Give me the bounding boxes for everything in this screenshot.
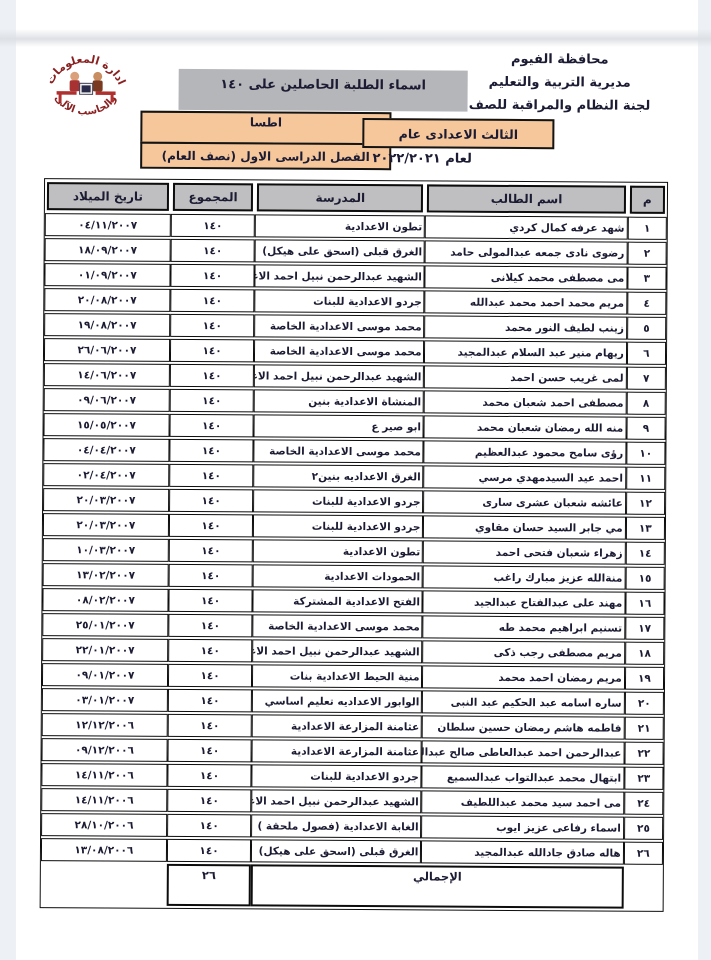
student-name-cell: منةالله عزيز مبارك راغب	[423, 565, 625, 589]
school-name-cell: جردو الاعدادية للبنات	[252, 764, 422, 788]
student-name-cell: زهراء شعبان فتحى احمد	[423, 540, 625, 564]
school-name-cell: محمد موسى الاعدادية الخاصة	[254, 314, 424, 338]
total-score-cell: ١٤٠	[170, 289, 255, 313]
table-row: ٧ لمى غريب حسن احمد الشهيد عبدالرحمن نبي…	[44, 363, 666, 390]
footer-empty-number-cell	[623, 867, 663, 909]
scanned-document-page: { "page": { "logo": { "top_text": "ادارة…	[0, 0, 711, 960]
school-name-cell: الغرق الاعداديه بنين٢	[254, 464, 424, 488]
birthdate-cell: ٠١/٠٩/٢٠٠٧	[44, 263, 170, 287]
governorate-line: محافظة الفيوم	[453, 48, 667, 72]
row-number-cell: ٢٤	[624, 792, 663, 815]
student-name-cell: مى احمد سيد محمد عبداللطيف	[422, 790, 624, 814]
total-score-cell: ١٤٠	[167, 714, 252, 738]
row-number-cell: ٢٢	[624, 742, 663, 765]
school-name-cell: تطون الاعدادية	[253, 539, 423, 563]
row-number-cell: ١٣	[626, 517, 665, 540]
header-cell-birthdate: تاريخ الميلاد	[45, 181, 171, 212]
table-row: ٢٤ مى احمد سيد محمد عبداللطيف الشهيد عبد…	[41, 788, 663, 815]
table-row: ١٠ رؤى سامح محمود عبدالعظيم محمد موسى ال…	[43, 438, 665, 465]
student-name-cell: رؤى سامح محمود عبدالعظيم	[424, 440, 626, 464]
students-table-footer: الإجمالي ٢٦	[41, 863, 663, 909]
total-score-cell: ١٤٠	[169, 439, 254, 463]
table-row: ٢٦ هاله صادق جادالله عبدالمجيد الغرق قبل…	[41, 838, 663, 865]
birthdate-cell: ٢٠/٠٣/٢٠٠٧	[43, 488, 169, 512]
total-score-cell: ١٤٠	[169, 414, 254, 438]
birthdate-cell: ١٣/٠٢/٢٠٠٧	[43, 563, 169, 587]
academic-year: لعام ٢٠٢٢/٢٠٢١	[358, 151, 486, 174]
student-name-cell: عبدالرحمن احمد عبدالعاطى صالح عبدالعاطى	[422, 740, 624, 764]
footer-total-count: ٢٦	[166, 864, 251, 907]
birthdate-cell: ١٨/٠٩/٢٠٠٧	[45, 238, 171, 262]
table-row: ٢٥ اسماء رفاعى عزيز ايوب الغابة الاعدادي…	[41, 813, 663, 840]
student-name-cell: منه الله رمضان شعبان محمد	[424, 415, 626, 439]
committee-line: لجنة النظام والمراقبة للصف	[452, 94, 666, 118]
student-name-cell: ساره اسامه عبد الحكيم عبد النبى	[422, 690, 624, 714]
total-score-cell: ١٤٠	[169, 489, 254, 513]
student-name-cell: ريهام منير عبد السلام عبدالمجيد	[424, 340, 626, 364]
total-score-cell: ١٤٠	[169, 514, 254, 538]
grade-label: الثالث الاعدادى عام	[399, 126, 518, 142]
birthdate-cell: ٠٤/٠٤/٢٠٠٧	[43, 438, 169, 462]
svg-text:والحاسب الآلى: والحاسب الآلى	[52, 93, 119, 118]
student-name-cell: رضوى نادى جمعه عبدالمولى حامد	[425, 240, 627, 264]
school-name-cell: منية الحيط الاعدادية بنات	[252, 664, 422, 688]
birthdate-cell: ٢٢/٠١/٢٠٠٧	[42, 638, 168, 662]
table-row: ٤ مريم محمد احمد محمد عبدالله جردو الاعد…	[44, 288, 666, 315]
total-score-cell: ١٤٠	[167, 764, 252, 788]
semester-box: الفصل الدراسى الاول (نصف العام)	[140, 142, 391, 171]
row-number-cell: ٣	[627, 267, 666, 290]
students-table: م اسم الطالب المدرسة المجموع تاريخ الميل…	[40, 178, 668, 912]
total-score-cell: ١٤٠	[167, 789, 252, 813]
row-number-cell: ٢٠	[625, 692, 664, 715]
birthdate-cell: ٢٦/٠٦/٢٠٠٧	[44, 338, 170, 362]
birthdate-cell: ٢٠/٠٣/٢٠٠٧	[43, 513, 169, 537]
row-number-cell: ٢١	[624, 717, 663, 740]
students-table-body: ١ شهد عرفه كمال كردي تطون الاعدادية ١٤٠ …	[41, 213, 667, 865]
logo-top-text: ادارة المعلومات	[43, 52, 128, 86]
student-name-cell: مصطفى احمد شعبان محمد	[424, 390, 626, 414]
row-number-cell: ١٩	[625, 667, 664, 690]
student-name-cell: مى مصطفى محمد كيلانى	[425, 265, 627, 289]
student-name-cell: مريم رمضان احمد محمد	[422, 665, 624, 689]
information-administration-logo: ادارة المعلومات والحاسب الآلى	[40, 38, 131, 135]
table-row: ٩ منه الله رمضان شعبان محمد ابو صير ع ١٤…	[44, 413, 666, 440]
total-score-cell: ١٤٠	[168, 564, 253, 588]
document-content: ادارة المعلومات والحاسب الآلى محافظة الف…	[0, 0, 711, 960]
table-row: ٢١ فاطمه هاشم رمضان حسين سلطان عثامنة ال…	[42, 713, 664, 740]
school-name-cell: محمد موسى الاعدادية الخاصة	[254, 439, 424, 463]
total-score-cell: ١٤٠	[169, 389, 254, 413]
table-row: ٢٣ ابتهال محمد عبدالتواب عبدالسميع جردو …	[41, 763, 663, 790]
school-name-cell: محمد موسى الاعدادية الخاصة	[253, 614, 423, 638]
total-score-cell: ١٤٠	[167, 814, 252, 838]
svg-text:ادارة المعلومات: ادارة المعلومات	[43, 52, 128, 86]
school-name-cell: المنشاة الاعدادية بنين	[254, 389, 424, 413]
table-row: ١٣ مي جابر السيد حسان مقاوي جردو الاعداد…	[43, 513, 665, 540]
table-row: ٦ ريهام منير عبد السلام عبدالمجيد محمد م…	[44, 338, 666, 365]
row-number-cell: ١٢	[626, 492, 665, 515]
table-row: ٥ زينب لطيف النور محمد محمد موسى الاعداد…	[44, 313, 666, 340]
table-row: ١٤ زهراء شعبان فتحى احمد تطون الاعدادية …	[43, 538, 665, 565]
table-row: ٢٢ عبدالرحمن احمد عبدالعاطى صالح عبدالعا…	[42, 738, 664, 765]
school-name-cell: عثامنة المزارعة الاعدادية	[252, 739, 422, 763]
row-number-cell: ١٤	[625, 542, 664, 565]
table-row: ٢ رضوى نادى جمعه عبدالمولى حامد الغرق قب…	[45, 238, 667, 265]
total-score-cell: ١٤٠	[170, 264, 255, 288]
row-number-cell: ٩	[626, 417, 665, 440]
row-number-cell: ٧	[627, 367, 666, 390]
student-name-cell: لمى غريب حسن احمد	[424, 365, 626, 389]
student-name-cell: مريم محمد احمد محمد عبدالله	[425, 290, 627, 314]
authority-header: محافظة الفيوم مديرية التربية والتعليم لج…	[452, 48, 666, 118]
table-row: ١٨ مريم مصطفى رجب ذكى الشهيد عبدالرحمن ن…	[42, 638, 664, 665]
row-number-cell: ٢٥	[624, 817, 663, 840]
student-name-cell: تسنيم ابراهيم محمد طه	[423, 615, 625, 639]
student-name-cell: عائشه شعبان عشرى سارى	[423, 490, 625, 514]
school-name-cell: الغرق قبلى (اسحق على هيكل)	[255, 239, 425, 263]
row-number-cell: ١٨	[625, 642, 664, 665]
row-number-cell: ١٥	[625, 567, 664, 590]
logo-emblem-icon: ادارة المعلومات والحاسب الآلى	[40, 38, 131, 135]
birthdate-cell: ١٩/٠٨/٢٠٠٧	[44, 313, 170, 337]
header-cell-school: المدرسة	[255, 182, 425, 213]
school-name-cell: الشهيد عبدالرحمن نبيل احمد الاعدادية	[255, 264, 425, 288]
school-name-cell: جردو الاعدادية للبنات	[255, 289, 425, 313]
total-score-cell: ١٤٠	[170, 239, 255, 263]
birthdate-cell: ١٠/٠٣/٢٠٠٧	[43, 538, 169, 562]
birthdate-cell: ١٤/١١/٢٠٠٦	[41, 763, 167, 787]
student-name-cell: ابتهال محمد عبدالتواب عبدالسميع	[422, 765, 624, 789]
total-score-cell: ١٤٠	[168, 639, 253, 663]
birthdate-cell: ٠٩/٠١/٢٠٠٧	[42, 663, 168, 687]
school-name-cell: تطون الاعدادية	[255, 214, 425, 238]
birthdate-cell: ١٢/١٢/٢٠٠٦	[42, 713, 168, 737]
birthdate-cell: ٠٢/٠٤/٢٠٠٧	[43, 463, 169, 487]
students-table-wrap: م اسم الطالب المدرسة المجموع تاريخ الميل…	[40, 178, 668, 912]
total-score-cell: ١٤٠	[167, 839, 252, 863]
district-name: اطسا	[250, 115, 282, 129]
semester-label: الفصل الدراسى الاول (نصف العام)	[162, 148, 370, 163]
scan-fold-line	[0, 29, 711, 47]
table-row: ٨ مصطفى احمد شعبان محمد المنشاة الاعدادي…	[44, 388, 666, 415]
report-title: اسماء الطلبة الحاصلين على ١٤٠	[220, 77, 426, 93]
total-score-cell: ١٤٠	[170, 314, 255, 338]
row-number-cell: ١٧	[625, 617, 664, 640]
total-score-cell: ١٤٠	[168, 664, 253, 688]
row-number-cell: ١٦	[625, 592, 664, 615]
student-name-cell: مهند على عبدالفتاح عبدالجيد	[423, 590, 625, 614]
school-name-cell: الغابة الاعدادية (فصول ملحقة )	[251, 814, 421, 838]
district-box: اطسا	[140, 111, 391, 146]
students-table-header: م اسم الطالب المدرسة المجموع تاريخ الميل…	[45, 181, 667, 215]
header-cell-number: م	[628, 185, 667, 215]
grade-box: الثالث الاعدادى عام	[362, 118, 554, 149]
directorate-line: مديرية التربية والتعليم	[453, 71, 667, 95]
school-name-cell: جردو الاعدادية للبنات	[253, 514, 423, 538]
table-row: ١٩ مريم رمضان احمد محمد منية الحيط الاعد…	[42, 663, 664, 690]
row-number-cell: ٨	[626, 392, 665, 415]
birthdate-cell: ١٣/٠٨/٢٠٠٦	[41, 838, 167, 862]
logo-bottom-text: والحاسب الآلى	[52, 93, 119, 118]
total-score-cell: ١٤٠	[169, 464, 254, 488]
row-number-cell: ٤	[627, 292, 666, 315]
table-row: ١٥ منةالله عزيز مبارك راغب الحمودات الاع…	[43, 563, 665, 590]
birthdate-cell: ٠٣/٠١/٢٠٠٧	[42, 688, 168, 712]
total-score-cell: ١٤٠	[170, 364, 255, 388]
total-score-cell: ١٤٠	[169, 539, 254, 563]
row-number-cell: ٢٣	[624, 767, 663, 790]
row-number-cell: ١	[627, 217, 666, 240]
school-name-cell: ابو صير ع	[254, 414, 424, 438]
row-number-cell: ٢	[627, 242, 666, 265]
footer-total-label: الإجمالي	[251, 864, 624, 908]
student-name-cell: مريم مصطفى رجب ذكى	[423, 640, 625, 664]
report-title-box: اسماء الطلبة الحاصلين على ١٤٠	[178, 69, 467, 112]
total-score-cell: ١٤٠	[167, 739, 252, 763]
row-number-cell: ٥	[627, 317, 666, 340]
birthdate-cell: ٠٨/٠٢/٢٠٠٧	[42, 588, 168, 612]
school-name-cell: الوابور الاعداديه تعليم اساسي	[252, 689, 422, 713]
school-name-cell: عثامنة المزارعة الاعدادية	[252, 714, 422, 738]
school-name-cell: محمد موسى الاعدادية الخاصة	[254, 339, 424, 363]
header-cell-total: المجموع	[171, 182, 256, 213]
row-number-cell: ٦	[627, 342, 666, 365]
birthdate-cell: ٠٤/١١/٢٠٠٧	[45, 213, 171, 237]
school-name-cell: الفتح الاعدادية المشتركة	[253, 589, 423, 613]
table-row: ١ شهد عرفه كمال كردي تطون الاعدادية ١٤٠ …	[45, 213, 667, 240]
header-cell-student-name: اسم الطالب	[425, 183, 627, 214]
birthdate-cell: ٠٩/٠٦/٢٠٠٧	[44, 388, 170, 412]
total-score-cell: ١٤٠	[170, 339, 255, 363]
table-row: ١٧ تسنيم ابراهيم محمد طه محمد موسى الاعد…	[42, 613, 664, 640]
birthdate-cell: ١٤/١١/٢٠٠٦	[41, 788, 167, 812]
school-name-cell: الغرق قبلى (اسحق على هيكل)	[251, 839, 421, 863]
row-number-cell: ١١	[626, 467, 665, 490]
table-row: ١١ احمد عيد السيدمهدي مرسي الغرق الاعداد…	[43, 463, 665, 490]
student-name-cell: مي جابر السيد حسان مقاوي	[423, 515, 625, 539]
birthdate-cell: ٠٩/١٢/٢٠٠٦	[42, 738, 168, 762]
student-name-cell: هاله صادق جادالله عبدالمجيد	[421, 840, 623, 864]
total-score-cell: ١٤٠	[168, 589, 253, 613]
total-score-cell: ١٤٠	[168, 614, 253, 638]
birthdate-cell: ١٥/٠٥/٢٠٠٧	[44, 413, 170, 437]
school-name-cell: الشهيد عبدالرحمن نبيل احمد الاعدادية	[254, 364, 424, 388]
table-row: ١٦ مهند على عبدالفتاح عبدالجيد الفتح الا…	[42, 588, 664, 615]
table-row: ١٢ عائشه شعبان عشرى سارى جردو الاعدادية …	[43, 488, 665, 515]
table-row: ٣ مى مصطفى محمد كيلانى الشهيد عبدالرحمن …	[44, 263, 666, 290]
birthdate-cell: ١٤/٠٦/٢٠٠٧	[44, 363, 170, 387]
student-name-cell: شهد عرفه كمال كردي	[425, 215, 627, 239]
student-name-cell: احمد عيد السيدمهدي مرسي	[424, 465, 626, 489]
student-name-cell: اسماء رفاعى عزيز ايوب	[422, 815, 624, 839]
birthdate-cell: ٢٠/٠٨/٢٠٠٧	[44, 288, 170, 312]
school-name-cell: الحمودات الاعدادية	[253, 564, 423, 588]
row-number-cell: ١٠	[626, 442, 665, 465]
school-name-cell: جردو الاعدادية للبنات	[253, 489, 423, 513]
row-number-cell: ٢٦	[624, 842, 663, 865]
school-name-cell: الشهيد عبدالرحمن نبيل احمد الاعدادية	[252, 789, 422, 813]
birthdate-cell: ٢٥/٠١/٢٠٠٧	[42, 613, 168, 637]
total-score-cell: ١٤٠	[168, 689, 253, 713]
total-score-cell: ١٤٠	[171, 214, 256, 238]
school-name-cell: الشهيد عبدالرحمن نبيل احمد الاعدادية	[252, 639, 422, 663]
table-row: ٢٠ ساره اسامه عبد الحكيم عبد النبى الواب…	[42, 688, 664, 715]
student-name-cell: زينب لطيف النور محمد	[425, 315, 627, 339]
student-name-cell: فاطمه هاشم رمضان حسين سلطان	[422, 715, 624, 739]
birthdate-cell: ٢٨/١٠/٢٠٠٦	[41, 813, 167, 837]
footer-empty-birthdate-cell	[41, 863, 167, 906]
